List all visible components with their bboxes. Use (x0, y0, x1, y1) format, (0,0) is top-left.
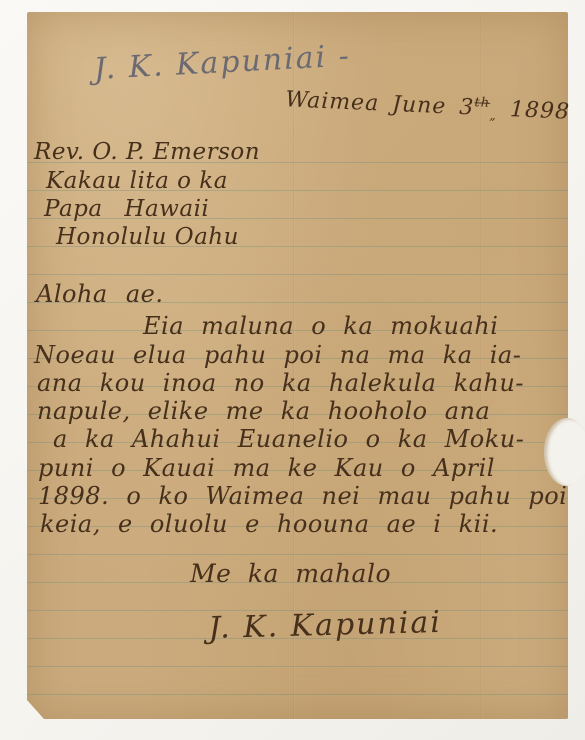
dateline-ditto-mark: „ (489, 108, 497, 122)
recipient-line-4: Honolulu Oahu (56, 224, 239, 250)
body-line: Eia maluna o ka mokuahi (143, 312, 498, 340)
body-line: keia, e oluolu e hoouna ae i kii. (40, 510, 498, 538)
signature: J. K. Kapuniai (208, 605, 442, 646)
recipient-line-2: Kakau lita o ka (46, 168, 228, 194)
recipient-line-3: Papa Hawaii (44, 196, 209, 222)
body-line: Noeau elua pahu poi na ma ka ia- (34, 341, 521, 369)
dateline-year: 1898 (510, 97, 571, 125)
scanned-letter: J. K. Kapuniai - Waimea June 3th„ 1898 R… (0, 0, 585, 740)
recipient-line-1: Rev. O. P. Emerson (34, 139, 260, 165)
dateline-day-suffix: th (474, 95, 490, 111)
torn-edge-notch (544, 418, 585, 486)
body-line: puni o Kauai ma ke Kau o April (38, 454, 495, 482)
body-line: ana kou inoa no ka halekula kahu- (37, 369, 524, 397)
closing: Me ka mahalo (190, 559, 391, 588)
body-line: 1898. o ko Waimea nei mau pahu poi (38, 482, 567, 510)
salutation: Aloha ae. (36, 280, 164, 308)
body-line: napule, elike me ka hooholo ana (37, 397, 490, 425)
body-line: a ka Ahahui Euanelio o ka Moku- (53, 425, 524, 453)
